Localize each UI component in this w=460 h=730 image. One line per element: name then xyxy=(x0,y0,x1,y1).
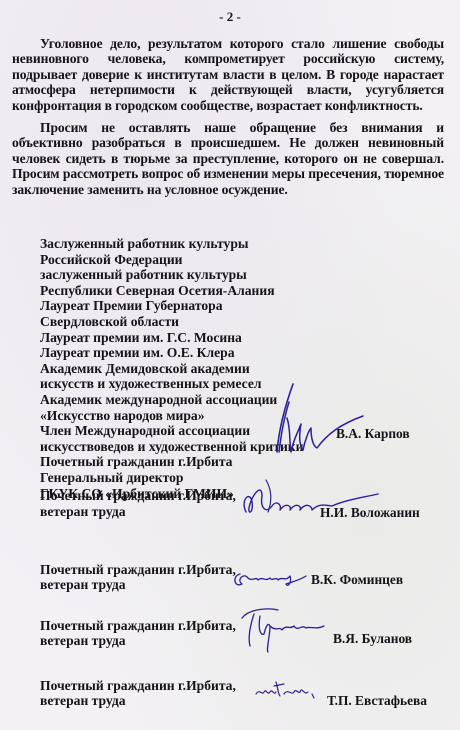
title-line: искусств и художественных ремесел xyxy=(40,376,303,392)
title-line: Свердловской области xyxy=(40,314,303,330)
signatory-4-name: В.Я. Буланов xyxy=(333,631,412,647)
title-line: Академик международной ассоциации xyxy=(40,392,303,408)
signatory-3-title-2: ветеран труда xyxy=(40,577,126,593)
signature-4 xyxy=(240,606,340,656)
signatory-4-title-1: Почетный гражданин г.Ирбита, xyxy=(40,618,236,634)
signatory-3-name: В.К. Фоминцев xyxy=(311,572,403,588)
signatory-5-title-1: Почетный гражданин г.Ирбита, xyxy=(40,678,236,694)
signatory-2-title-2: ветеран труда xyxy=(40,504,126,520)
title-line: Заслуженный работник культуры xyxy=(40,236,303,252)
signatory-5-title-2: ветеран труда xyxy=(40,693,126,709)
title-line: Лауреат премии им. О.Е. Клера xyxy=(40,345,303,361)
document-page: - 2 - Уголовное дело, результатом которо… xyxy=(0,0,460,730)
signature-1 xyxy=(265,378,375,458)
title-line: Академик Демидовской академии xyxy=(40,361,303,377)
title-line: заслуженный работник культуры xyxy=(40,267,303,283)
page-number: - 2 - xyxy=(0,9,460,25)
signature-2 xyxy=(236,476,386,522)
signature-5 xyxy=(254,678,320,702)
title-line: Российской Федерации xyxy=(40,252,303,268)
title-line: искусствоведов и художественной критики xyxy=(40,439,303,455)
title-line: «Искусство народов мира» xyxy=(40,408,303,424)
title-line: Лауреат премии им. Г.С. Мосина xyxy=(40,330,303,346)
title-line: Почетный гражданин г.Ирбита xyxy=(40,454,303,470)
title-line: Республики Северная Осетия-Алания xyxy=(40,283,303,299)
signature-3 xyxy=(230,566,310,594)
signatory-5-name: Т.П. Евстафьева xyxy=(327,693,427,709)
signatory-3-title-1: Почетный гражданин г.Ирбита, xyxy=(40,562,236,578)
title-line: Лауреат Премии Губернатора xyxy=(40,298,303,314)
signatory-2-title-1: Почетный гражданин г.Ирбита, xyxy=(40,488,236,504)
signatory-1-titles: Заслуженный работник культуры Российской… xyxy=(40,236,303,501)
paragraph-2: Просим не оставлять наше обращение без в… xyxy=(12,120,444,198)
signatory-4-title-2: ветеран труда xyxy=(40,633,126,649)
paragraph-1: Уголовное дело, результатом которого ста… xyxy=(12,36,444,114)
title-line: Член Международной ассоциации xyxy=(40,423,303,439)
